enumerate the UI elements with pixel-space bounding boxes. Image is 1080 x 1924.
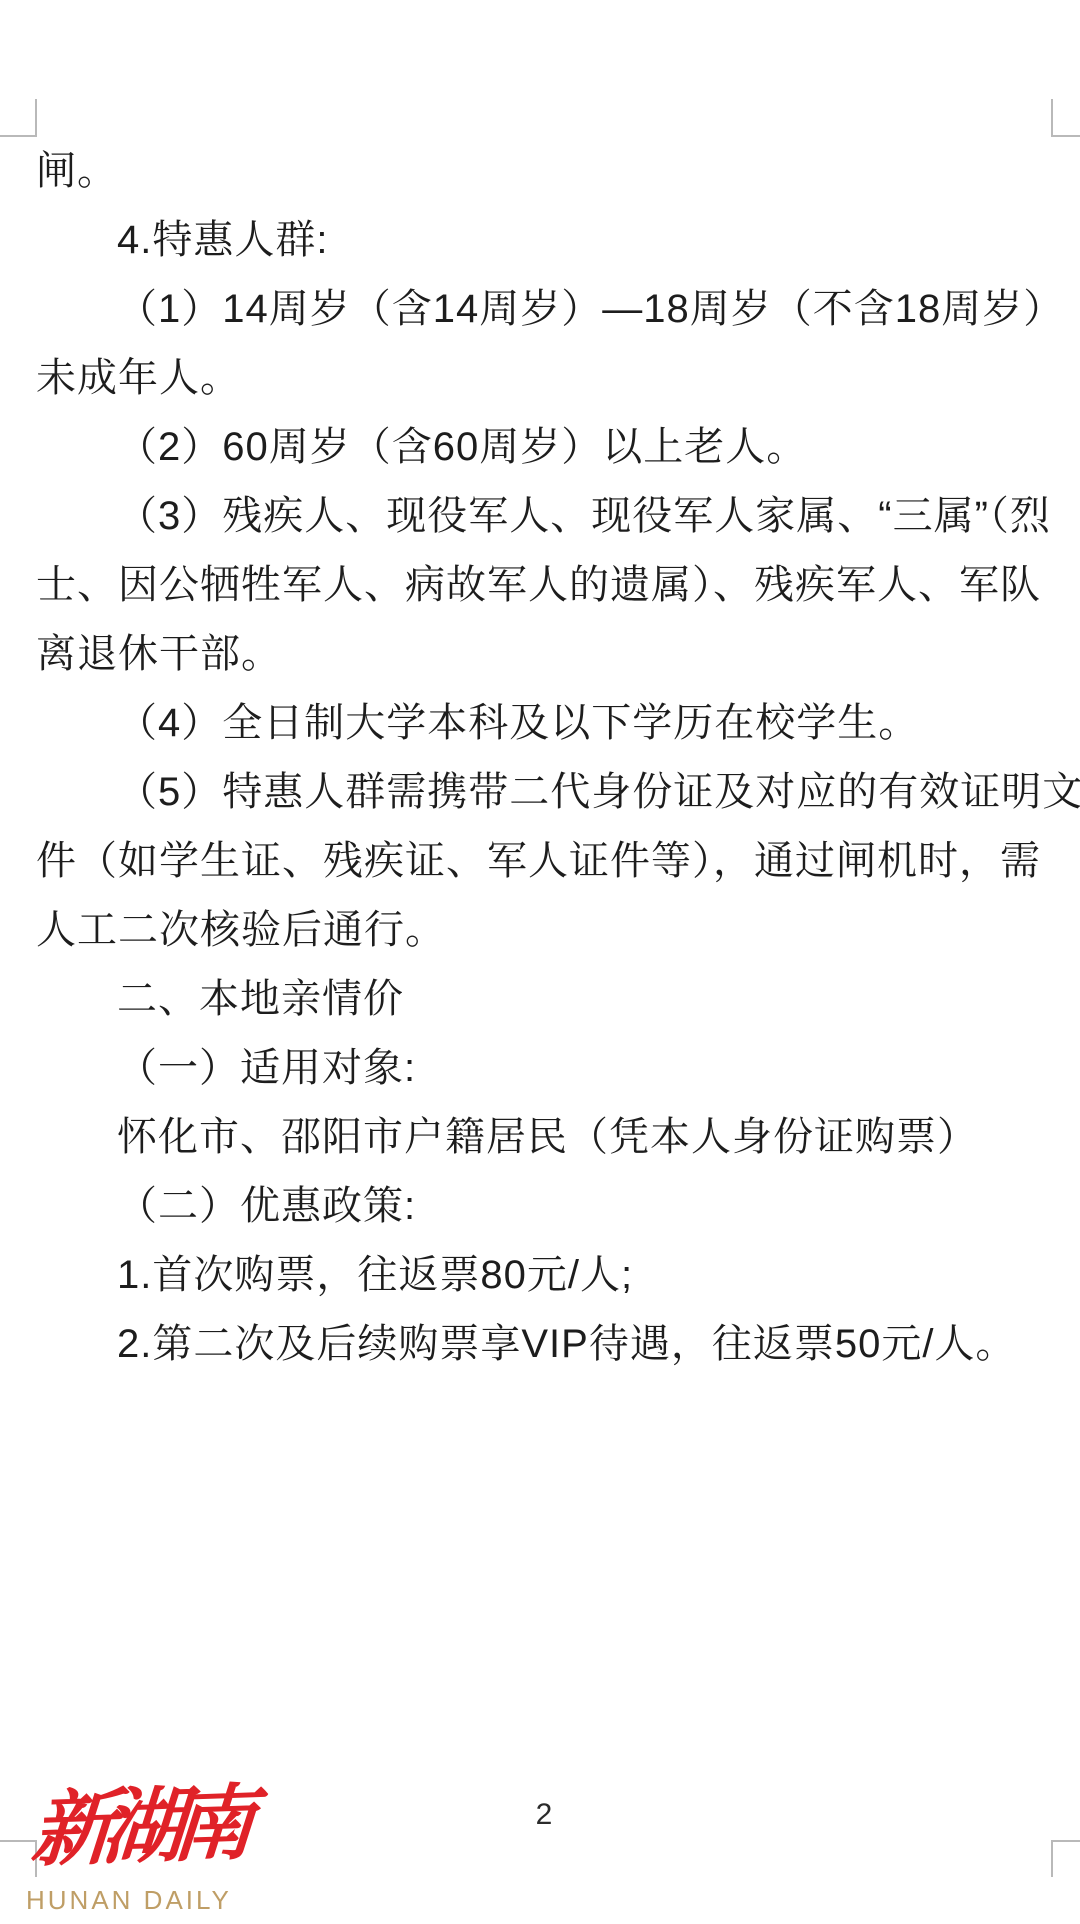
text-line: 士、因公牺牲军人、病故军人的遗属）、残疾军人、军队 <box>36 551 1052 620</box>
text-line: 件（如学生证、残疾证、军人证件等），通过闸机时，需 <box>36 827 1052 896</box>
document-page: 闸。4.特惠人群:（1）14周岁（含14周岁）—18周岁（不含18周岁）未成年人… <box>0 0 1080 1924</box>
text-line: 二、本地亲情价 <box>36 965 1052 1034</box>
text-line: 怀化市、邵阳市户籍居民（凭本人身份证购票） <box>36 1103 1052 1172</box>
hunan-daily-logo-subtext: HUNAN DAILY <box>18 1886 278 1914</box>
hunan-daily-logo-text: 新湖南 <box>18 1772 246 1884</box>
text-line: 离退休干部。 <box>36 620 1052 689</box>
text-line: 1.首次购票，往返票80元/人; <box>36 1241 1052 1310</box>
text-line: 4.特惠人群: <box>36 206 1052 275</box>
text-line: （5）特惠人群需携带二代身份证及对应的有效证明文 <box>36 758 1052 827</box>
text-line: （4）全日制大学本科及以下学历在校学生。 <box>36 689 1052 758</box>
document-lines: 闸。4.特惠人群:（1）14周岁（含14周岁）—18周岁（不含18周岁）未成年人… <box>36 137 1052 1379</box>
text-line: 未成年人。 <box>36 344 1052 413</box>
text-line: 人工二次核验后通行。 <box>36 896 1052 965</box>
text-line: 闸。 <box>36 137 1052 206</box>
hunan-daily-logo: 新湖南 HUNAN DAILY <box>18 1780 278 1914</box>
text-line: （二）优惠政策: <box>36 1172 1052 1241</box>
text-line: 2.第二次及后续购票享VIP待遇，往返票50元/人。 <box>36 1310 1052 1379</box>
text-line: （3）残疾人、现役军人、现役军人家属、“三属”（烈 <box>36 482 1052 551</box>
text-line: （一）适用对象: <box>36 1034 1052 1103</box>
margin-corner-mark-top-right <box>1051 99 1080 137</box>
text-line: （2）60周岁（含60周岁）以上老人。 <box>36 413 1052 482</box>
margin-corner-mark-top-left <box>0 99 37 137</box>
text-line: （1）14周岁（含14周岁）—18周岁（不含18周岁） <box>36 275 1052 344</box>
margin-corner-mark-bottom-right <box>1051 1840 1080 1877</box>
